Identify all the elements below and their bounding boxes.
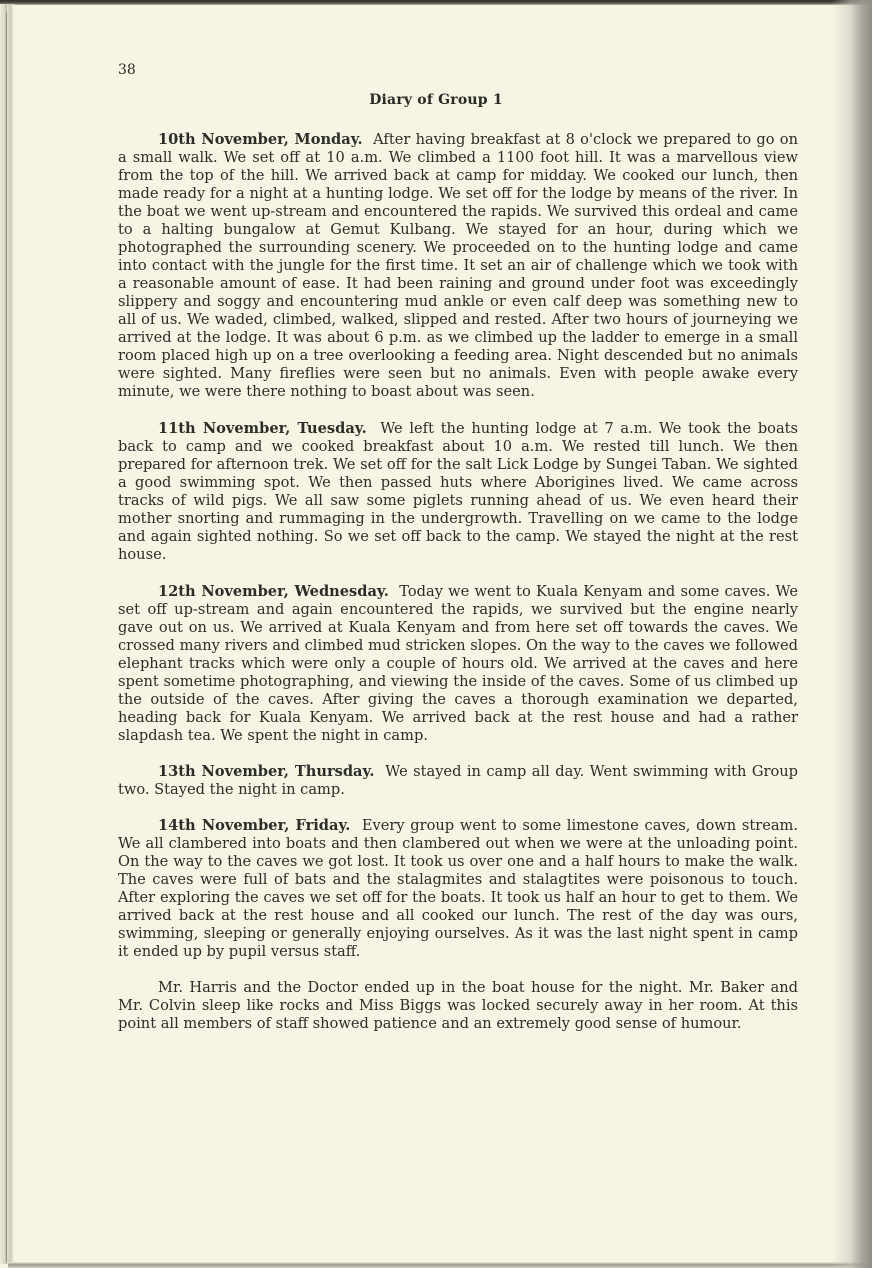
scanned-page: 38 Diary of Group 1 10th November, Monda… bbox=[0, 0, 872, 1268]
top-page-edge bbox=[0, 0, 872, 5]
bottom-page-edge bbox=[8, 1262, 872, 1268]
entry-date: 10th November, Monday. bbox=[158, 131, 363, 148]
entry-date: 14th November, Friday. bbox=[158, 817, 350, 834]
left-page-edges bbox=[0, 4, 14, 1264]
diary-entry-13th-november: 13th November, Thursday. We stayed in ca… bbox=[118, 763, 798, 799]
diary-closing-paragraph: Mr. Harris and the Doctor ended up in th… bbox=[118, 979, 798, 1033]
entry-text: We left the hunting lodge at 7 a.m. We t… bbox=[118, 420, 798, 563]
diary-entry-12th-november: 12th November, Wednesday. Today we went … bbox=[118, 583, 798, 745]
entry-text: After having breakfast at 8 o'clock we p… bbox=[118, 131, 798, 400]
page-title: Diary of Group 1 bbox=[0, 92, 872, 108]
entry-text: Today we went to Kuala Kenyam and some c… bbox=[118, 583, 798, 744]
entry-text: Every group went to some limestone caves… bbox=[118, 817, 798, 960]
entry-text: Mr. Harris and the Doctor ended up in th… bbox=[118, 979, 798, 1032]
diary-body: 10th November, Monday. After having brea… bbox=[118, 131, 798, 1051]
binding-shadow bbox=[832, 0, 872, 1268]
page-number: 38 bbox=[118, 62, 136, 78]
entry-date: 11th November, Tuesday. bbox=[158, 420, 367, 437]
diary-entry-10th-november: 10th November, Monday. After having brea… bbox=[118, 131, 798, 401]
page-edge-line bbox=[6, 12, 7, 1262]
diary-entry-11th-november: 11th November, Tuesday. We left the hunt… bbox=[118, 420, 798, 564]
entry-date: 12th November, Wednesday. bbox=[158, 583, 389, 600]
entry-date: 13th November, Thursday. bbox=[158, 763, 374, 780]
diary-entry-14th-november: 14th November, Friday. Every group went … bbox=[118, 817, 798, 961]
